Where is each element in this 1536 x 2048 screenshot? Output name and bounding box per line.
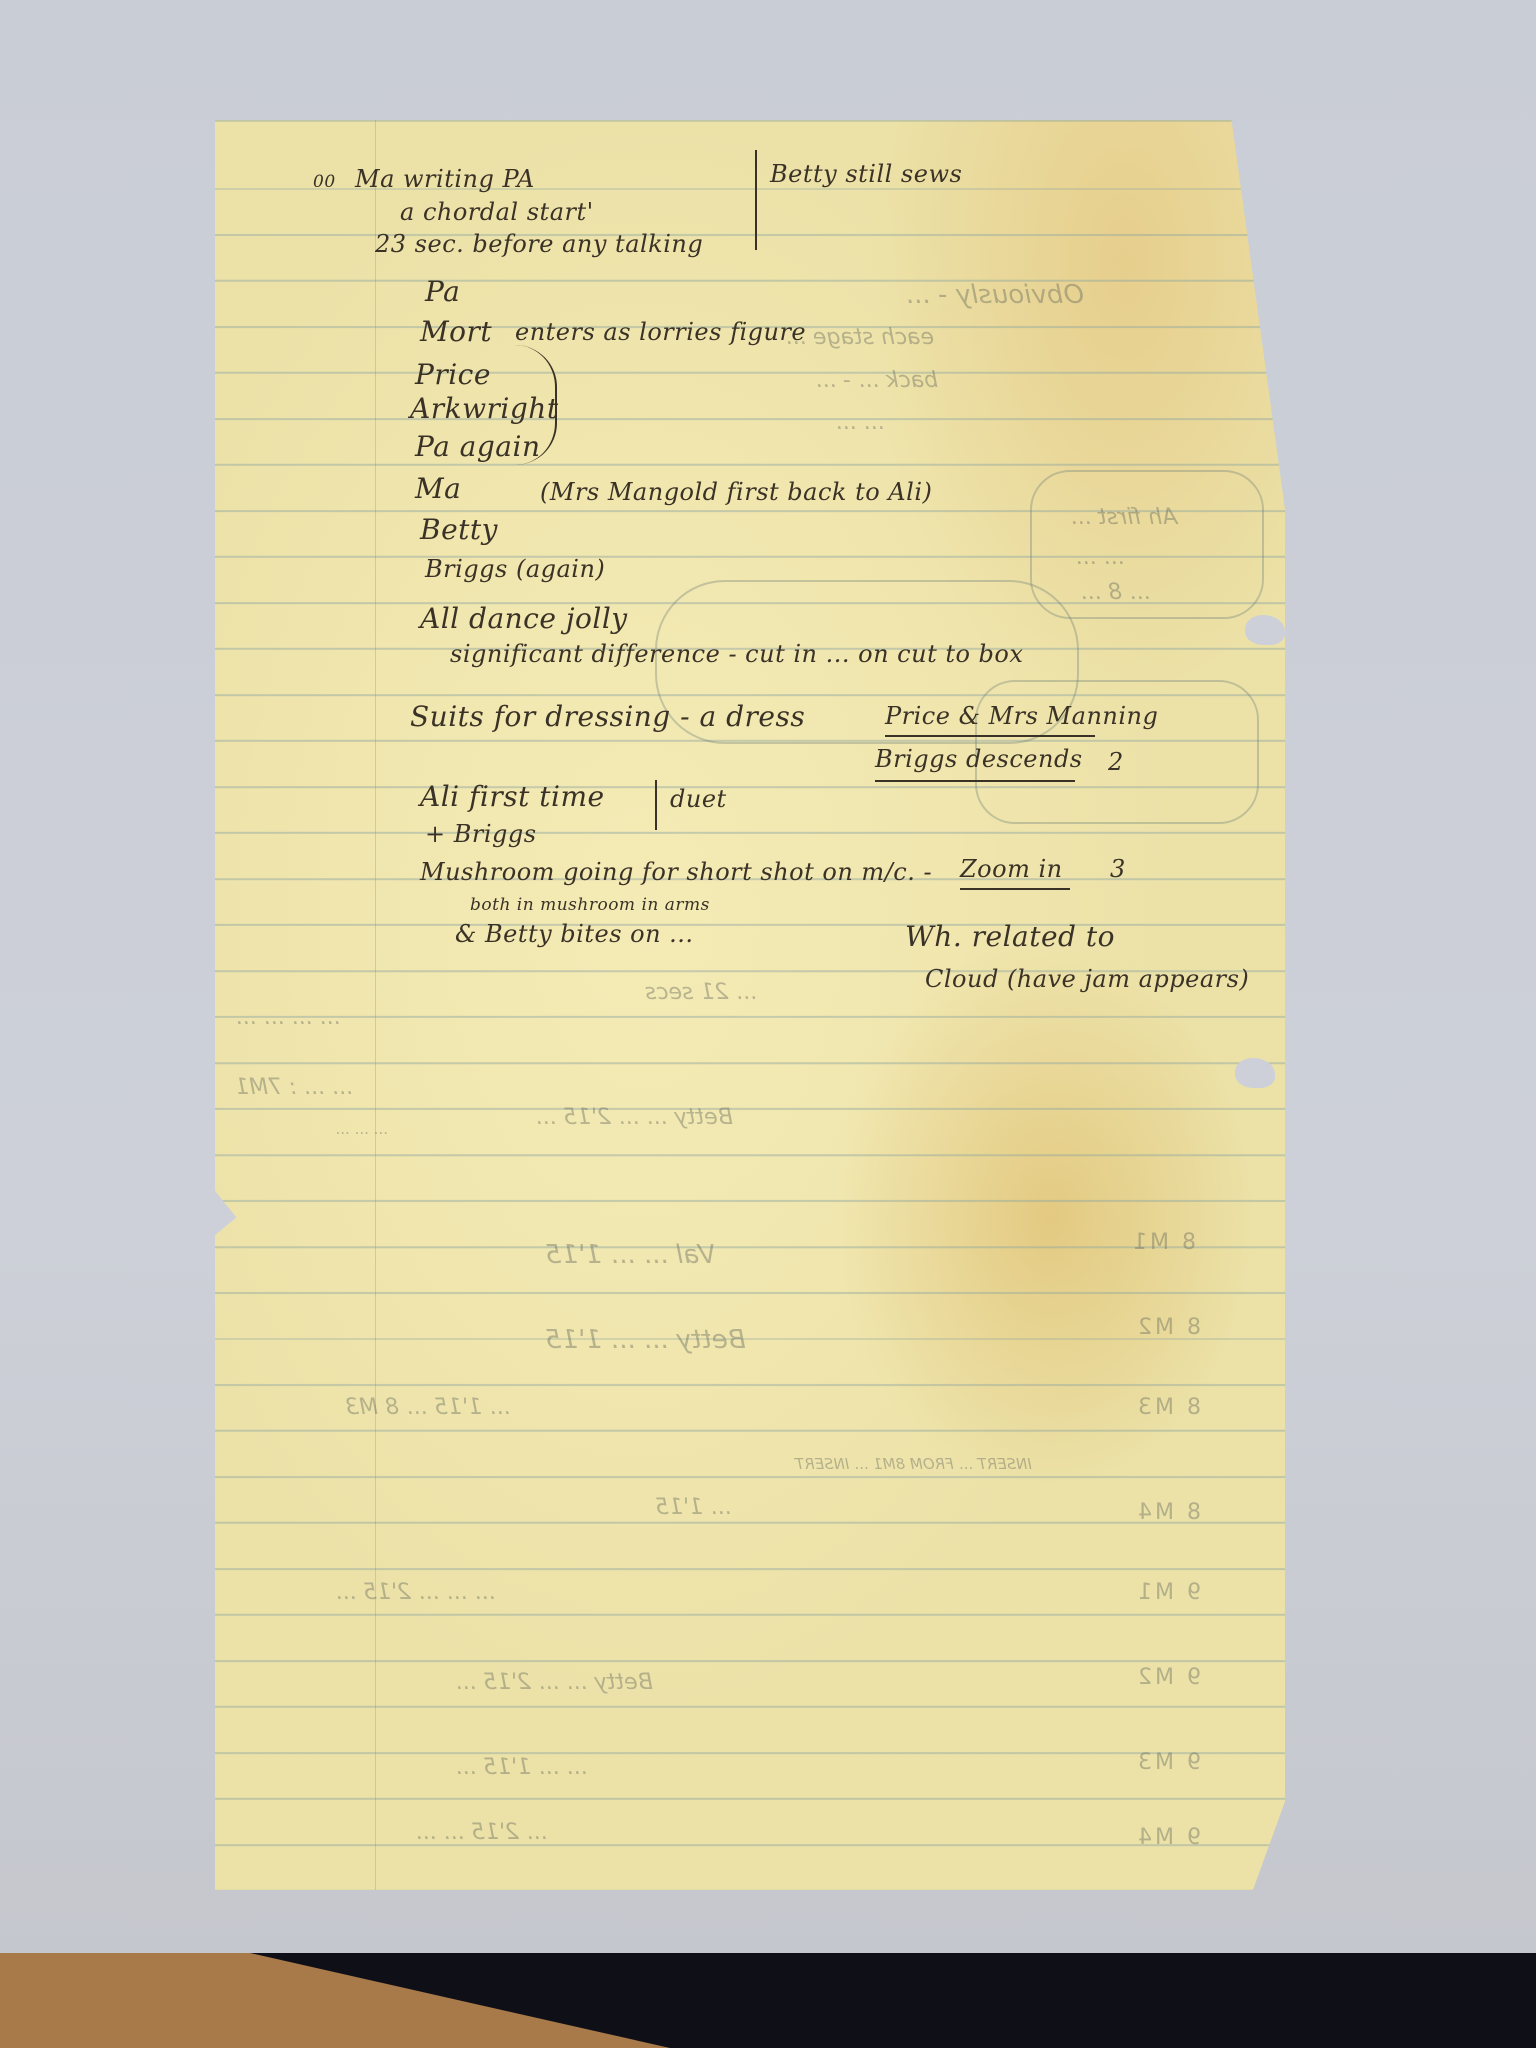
related-line1: Wh. related to — [905, 920, 1115, 953]
finale-note: Price & Mrs Manning — [885, 702, 1158, 730]
sequence-item: Mort — [420, 315, 492, 348]
finale-num: 2 — [1108, 748, 1124, 776]
show-through-code: 9 M1 — [1135, 1580, 1201, 1605]
bracket-line — [655, 780, 657, 830]
note-header-line2: a chordal start' — [400, 198, 594, 226]
show-through-line: ... ... 1'15 ... — [455, 1755, 587, 1780]
underline — [885, 735, 1095, 737]
sequence-note: (Mrs Mangold first back to Ali) — [540, 478, 932, 506]
related-line2: Cloud (have jam appears) — [925, 965, 1249, 993]
all-dance-line: All dance jolly — [420, 602, 628, 635]
bracket-line — [755, 150, 757, 250]
punch-hole — [1235, 1058, 1275, 1088]
show-through-line: ... ... ... 2'15 ... — [335, 1580, 495, 1605]
note-side-betty: Betty still sews — [770, 160, 962, 188]
show-through-line: ... ... — [1075, 545, 1124, 570]
mushroom-sub2: & Betty bites on ... — [455, 920, 694, 948]
show-through-line: ... 1'15 — [655, 1495, 731, 1520]
show-through-line: ... ... : 7M1 — [235, 1075, 352, 1100]
show-through-line: back ... - ... — [815, 368, 938, 393]
show-through-line: ... ... ... ... — [235, 1005, 340, 1030]
show-through-line: Val ... ... 1'15 — [545, 1240, 715, 1270]
ali-side: duet — [670, 785, 727, 813]
show-through-code: 8 M1 — [1130, 1230, 1196, 1255]
mushroom-line: Mushroom going for short shot on m/c. - — [420, 858, 932, 886]
show-through-line: Betty ... ... 2'15 ... — [455, 1670, 653, 1695]
ali-line: Ali first time — [420, 780, 605, 813]
note-header-line3: 23 sec. before any talking — [375, 230, 703, 258]
sequence-item: Price — [415, 358, 491, 391]
underline — [875, 780, 1075, 782]
show-through-line: Betty ... ... 1'15 — [545, 1325, 746, 1355]
show-through-line: ... 8 ... — [1080, 580, 1150, 605]
sequence-item: Briggs (again) — [425, 555, 605, 583]
show-through-code: 9 M2 — [1135, 1665, 1201, 1690]
note-header-line1: Ma writing PA — [355, 165, 535, 193]
punch-hole — [1245, 615, 1285, 645]
show-through-code: 9 M4 — [1135, 1825, 1201, 1850]
note-marker: 00 — [313, 172, 336, 192]
show-through-code: 9 M3 — [1135, 1750, 1201, 1775]
show-through-line: Obviously - ... — [905, 280, 1084, 310]
show-through-line: INSERT ... FROM 8M1 ... INSERT — [795, 1455, 1032, 1473]
show-through-line: each stage ... — [785, 325, 934, 350]
ali-sub: + Briggs — [425, 820, 537, 848]
show-through-line: Betty ... ... 2'15 ... — [535, 1105, 733, 1130]
sequence-item: Ma — [415, 472, 461, 505]
all-dance-sub: significant difference - cut in ... on c… — [450, 640, 1023, 668]
finale-note2: Briggs descends — [875, 745, 1083, 773]
show-through-code: 8 M3 — [1135, 1395, 1201, 1420]
show-through-code: 8 M4 — [1135, 1500, 1201, 1525]
underline — [960, 888, 1070, 890]
mushroom-num: 3 — [1110, 855, 1126, 883]
show-through-line: ... ... — [835, 410, 884, 435]
notebook-page: Obviously - ... each stage ... back ... … — [215, 120, 1285, 1890]
show-through-line: ... 2'15 ... ... — [415, 1820, 547, 1845]
sequence-note: enters as lorries figure — [515, 318, 806, 346]
sequence-item: Pa — [425, 275, 460, 308]
show-through-line: Ah first ... — [1070, 505, 1177, 530]
show-through-line: ... 21 secs — [645, 980, 757, 1005]
table-surface-wood-edge — [250, 1953, 670, 2048]
show-through-line: ... 1'15 ... 8 M3 — [345, 1395, 510, 1420]
sequence-item: Betty — [420, 513, 498, 546]
table-surface-wood — [0, 1953, 250, 2048]
show-through-code: 8 M2 — [1135, 1315, 1201, 1340]
finale-line: Suits for dressing - a dress — [410, 700, 805, 733]
mushroom-sub1: both in mushroom in arms — [470, 895, 710, 915]
show-through-line: ... ... ... — [335, 1120, 387, 1138]
margin-line — [375, 120, 376, 1890]
mushroom-zoom: Zoom in — [960, 855, 1063, 883]
